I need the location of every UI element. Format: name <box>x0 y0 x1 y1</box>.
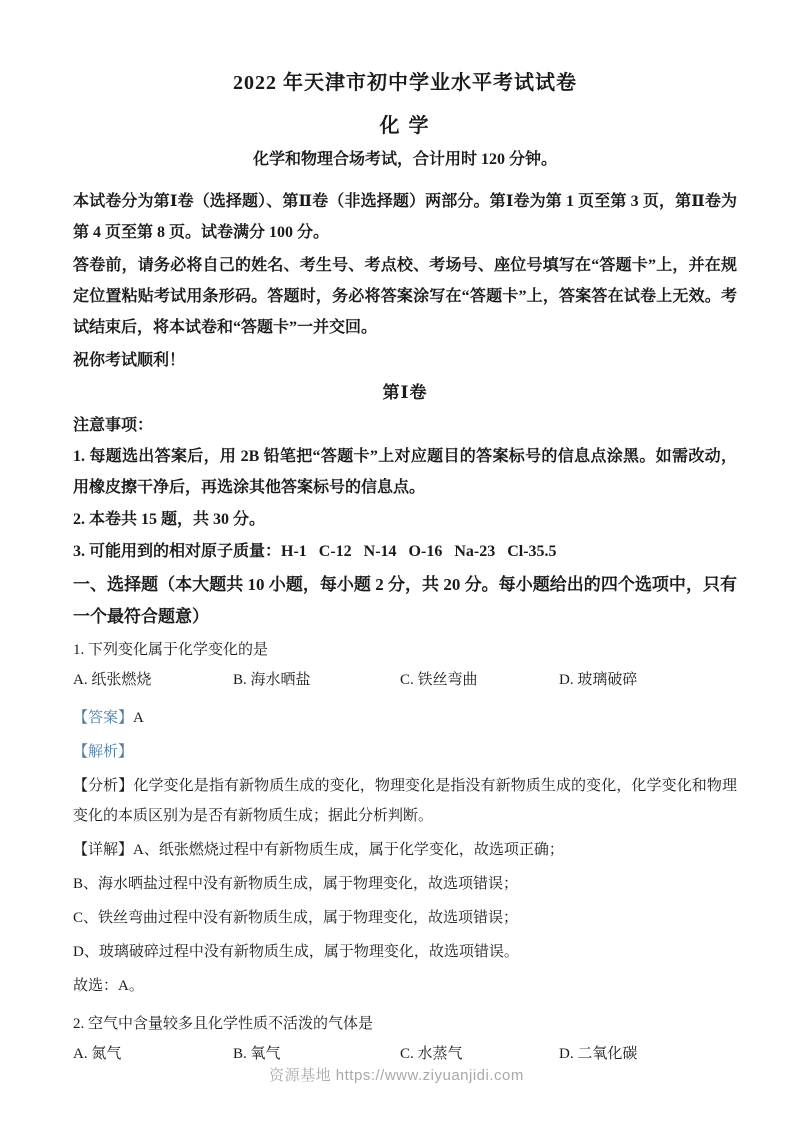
answer-value: A <box>133 710 144 726</box>
question-1-analysis: 【分析】化学变化是指有新物质生成的变化，物理变化是指没有新物质生成的变化，化学变… <box>73 771 737 831</box>
notice-title: 注意事项： <box>73 410 737 441</box>
question-1-jiexi-line: 【解析】 <box>73 737 737 767</box>
footer-watermark: 资源基地 https://www.ziyuanjidi.com <box>0 1064 793 1085</box>
question-1-options: A. 纸张燃烧 B. 海水晒盐 C. 铁丝弯曲 D. 玻璃破碎 <box>73 665 737 695</box>
question-1-option-c: C. 铁丝弯曲 <box>400 665 559 695</box>
intro-paragraph-structure: 本试卷分为第Ⅰ卷（选择题）、第Ⅱ卷（非选择题）两部分。第Ⅰ卷为第 1 页至第 3… <box>73 186 737 248</box>
question-1-detail-c: C、铁丝弯曲过程中没有新物质生成，属于物理变化，故选项错误； <box>73 903 737 933</box>
notice-item-2: 2. 本卷共 15 题，共 30 分。 <box>73 504 737 535</box>
footer-site-url-link[interactable]: https://www.ziyuanjidi.com <box>336 1067 524 1084</box>
question-1-detail-d: D、玻璃破碎过程中没有新物质生成，属于物理变化，故选项错误。 <box>73 937 737 967</box>
question-1-stem: 1. 下列变化属于化学变化的是 <box>73 635 737 665</box>
question-1-answer-line: 【答案】A <box>73 703 737 733</box>
question-1-block: 1. 下列变化属于化学变化的是 A. 纸张燃烧 B. 海水晒盐 C. 铁丝弯曲 … <box>73 635 737 1001</box>
footer-site-name: 资源基地 <box>269 1067 331 1084</box>
question-1-option-a: A. 纸张燃烧 <box>73 665 233 695</box>
notice-item-atomic-masses: 3. 可能用到的相对原子质量：H-1 C-12 N-14 O-16 Na-23 … <box>73 536 737 567</box>
question-1-conclusion: 故选：A。 <box>73 971 737 1001</box>
answer-marker: 【答案】 <box>73 710 133 726</box>
exam-title: 2022 年天津市初中学业水平考试试卷 <box>73 70 737 96</box>
exam-instructions: 本试卷分为第Ⅰ卷（选择题）、第Ⅱ卷（非选择题）两部分。第Ⅰ卷为第 1 页至第 3… <box>73 186 737 376</box>
notice-item-1: 1. 每题选出答案后，用 2B 铅笔把“答题卡”上对应题目的答案标号的信息点涂黑… <box>73 441 737 503</box>
exam-paper-page: 2022 年天津市初中学业水平考试试卷 化 学 化学和物理合场考试，合计用时 1… <box>0 0 793 1122</box>
question-1-option-d: D. 玻璃破碎 <box>559 665 737 695</box>
jiexi-marker: 【解析】 <box>73 744 133 760</box>
question-2-block: 2. 空气中含量较多且化学性质不活泼的气体是 A. 氮气 B. 氧气 C. 水蒸… <box>73 1009 737 1069</box>
subject-title: 化 学 <box>73 113 737 139</box>
exam-duration-note: 化学和物理合场考试，合计用时 120 分钟。 <box>73 150 737 170</box>
question-1-option-b: B. 海水晒盐 <box>233 665 400 695</box>
notice-list: 1. 每题选出答案后，用 2B 铅笔把“答题卡”上对应题目的答案标号的信息点涂黑… <box>73 441 737 567</box>
part-one-heading: 第Ⅰ卷 <box>73 378 737 408</box>
multiple-choice-section-heading: 一、选择题（本大题共 10 小题，每小题 2 分，共 20 分。每小题给出的四个… <box>73 569 737 633</box>
question-2-stem: 2. 空气中含量较多且化学性质不活泼的气体是 <box>73 1009 737 1039</box>
question-1-detail-b: B、海水晒盐过程中没有新物质生成，属于物理变化，故选项错误； <box>73 869 737 899</box>
intro-paragraph-answer-sheet: 答卷前，请务必将自己的姓名、考生号、考点校、考场号、座位号填写在“答题卡”上，并… <box>73 250 737 343</box>
intro-paragraph-good-luck: 祝你考试顺利！ <box>73 345 737 376</box>
question-1-detail-a: 【详解】A、纸张燃烧过程中有新物质生成，属于化学变化，故选项正确； <box>73 835 737 865</box>
